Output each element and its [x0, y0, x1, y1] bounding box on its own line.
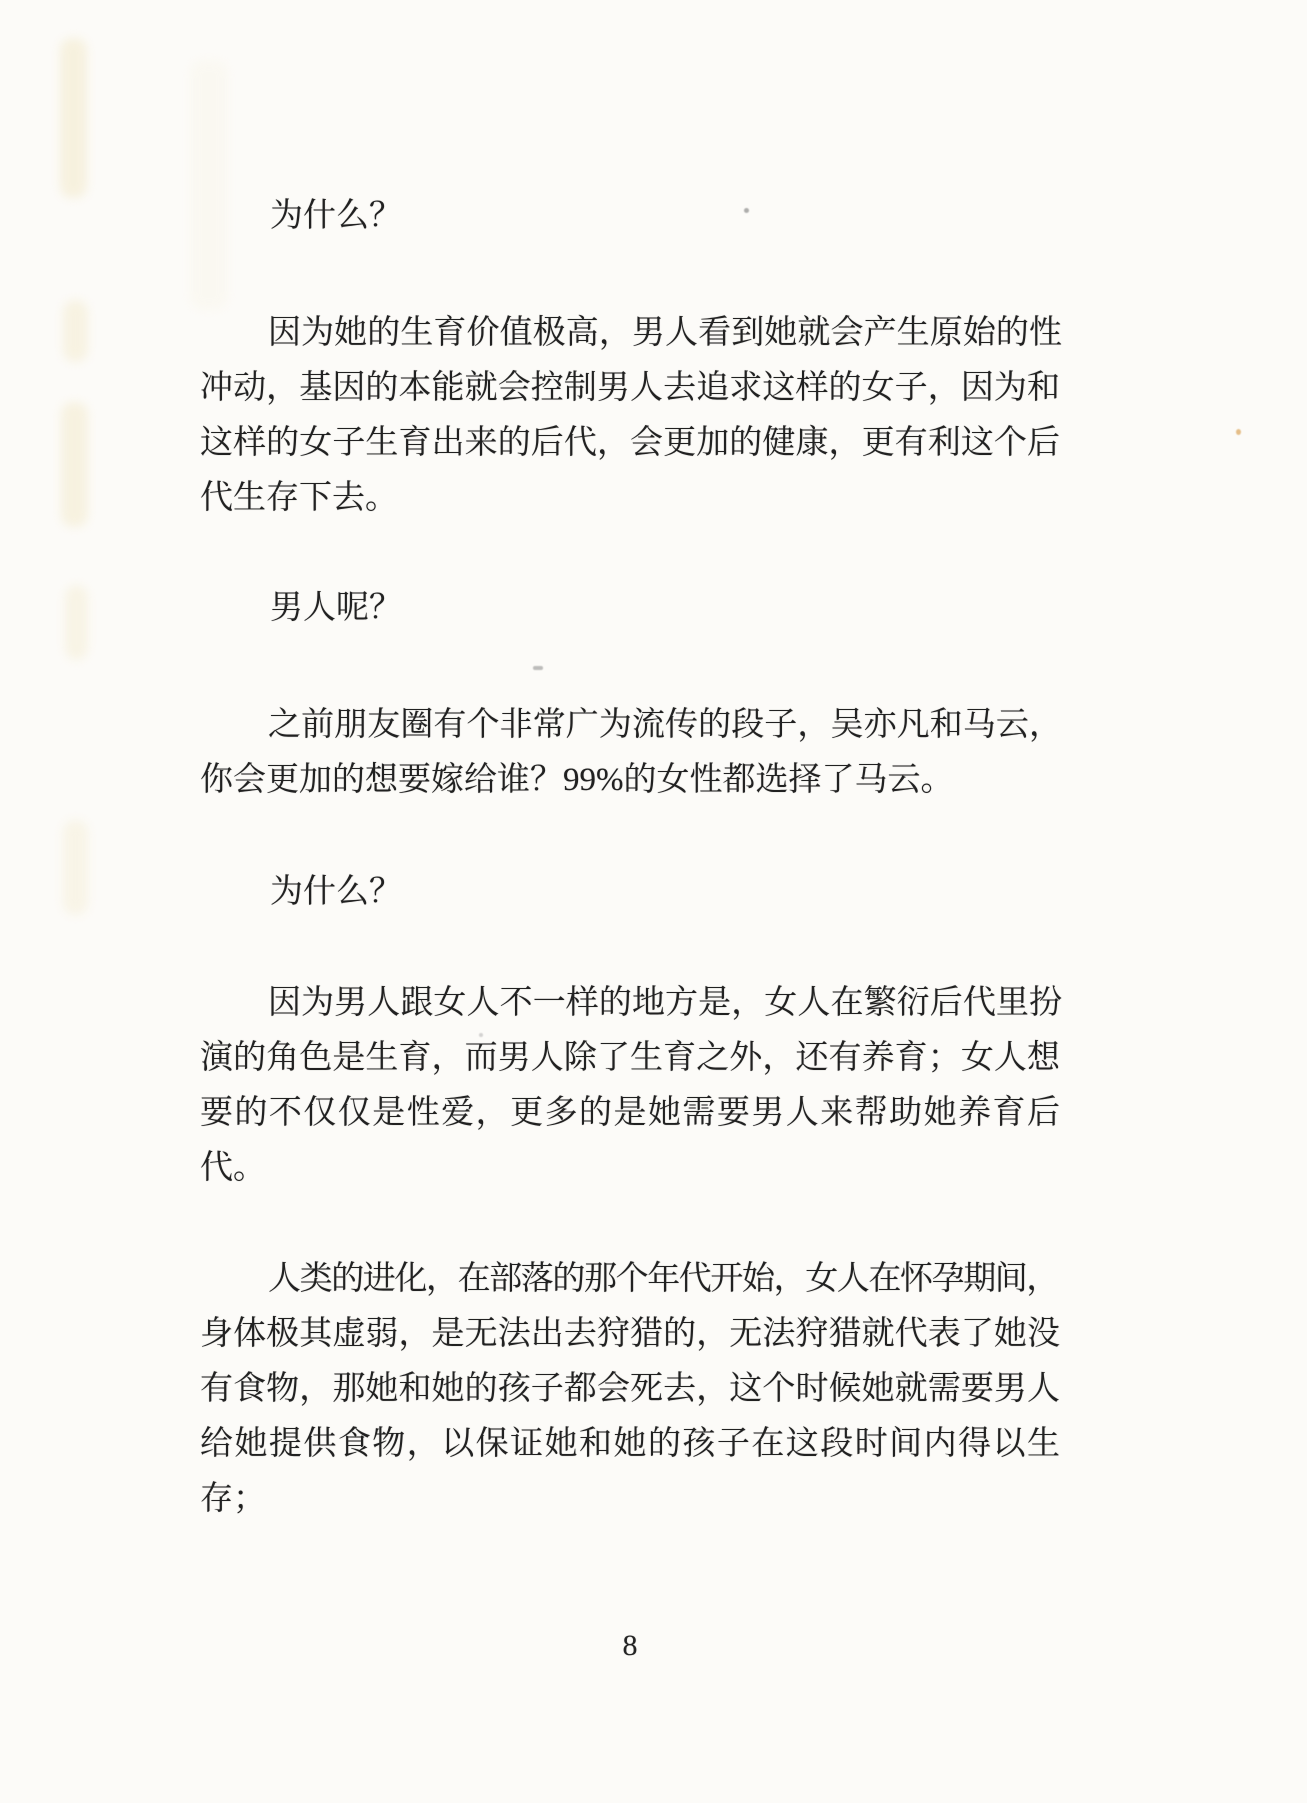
body-text-line: 代生存下去。: [200, 471, 1060, 526]
body-text-line: 之前朋友圈有个非常广为流传的段子，吴亦凡和马云，: [268, 698, 1062, 753]
body-text-line: 给她提供食物，以保证她和她的孩子在这段时间内得以生: [200, 1417, 1060, 1472]
heading-line: 为什么？: [270, 865, 690, 920]
body-text-line: 有食物，那她和她的孩子都会死去，这个时候她就需要男人: [200, 1362, 1060, 1417]
body-text-line: 因为她的生育价值极高，男人看到她就会产生原始的性: [268, 306, 1062, 361]
body-text-line: 要的不仅仅是性爱，更多的是她需要男人来帮助她养育后: [200, 1086, 1060, 1141]
page-number: 8: [563, 1626, 697, 1666]
body-text-line: 这样的女子生育出来的后代，会更加的健康，更有利这个后: [200, 416, 1060, 471]
text-layer: 为什么？因为她的生育价值极高，男人看到她就会产生原始的性冲动，基因的本能就会控制…: [0, 0, 1307, 1803]
body-text-line: 冲动，基因的本能就会控制男人去追求这样的女子，因为和: [200, 361, 1060, 416]
document-page: 为什么？因为她的生育价值极高，男人看到她就会产生原始的性冲动，基因的本能就会控制…: [0, 0, 1307, 1803]
heading-line: 男人呢？: [270, 581, 690, 636]
body-text-line: 人类的进化，在部落的那个年代开始，女人在怀孕期间，: [268, 1252, 1062, 1307]
body-text-line: 因为男人跟女人不一样的地方是，女人在繁衍后代里扮: [268, 976, 1062, 1031]
body-text-line: 存；: [200, 1472, 1060, 1527]
body-text-line: 演的角色是生育，而男人除了生育之外，还有养育；女人想: [200, 1031, 1060, 1086]
body-text-line: 身体极其虚弱，是无法出去狩猎的，无法狩猎就代表了她没: [200, 1307, 1060, 1362]
heading-line: 为什么？: [270, 189, 690, 244]
body-text-line: 你会更加的想要嫁给谁？99%的女性都选择了马云。: [200, 753, 1060, 808]
body-text-line: 代。: [200, 1141, 1060, 1196]
